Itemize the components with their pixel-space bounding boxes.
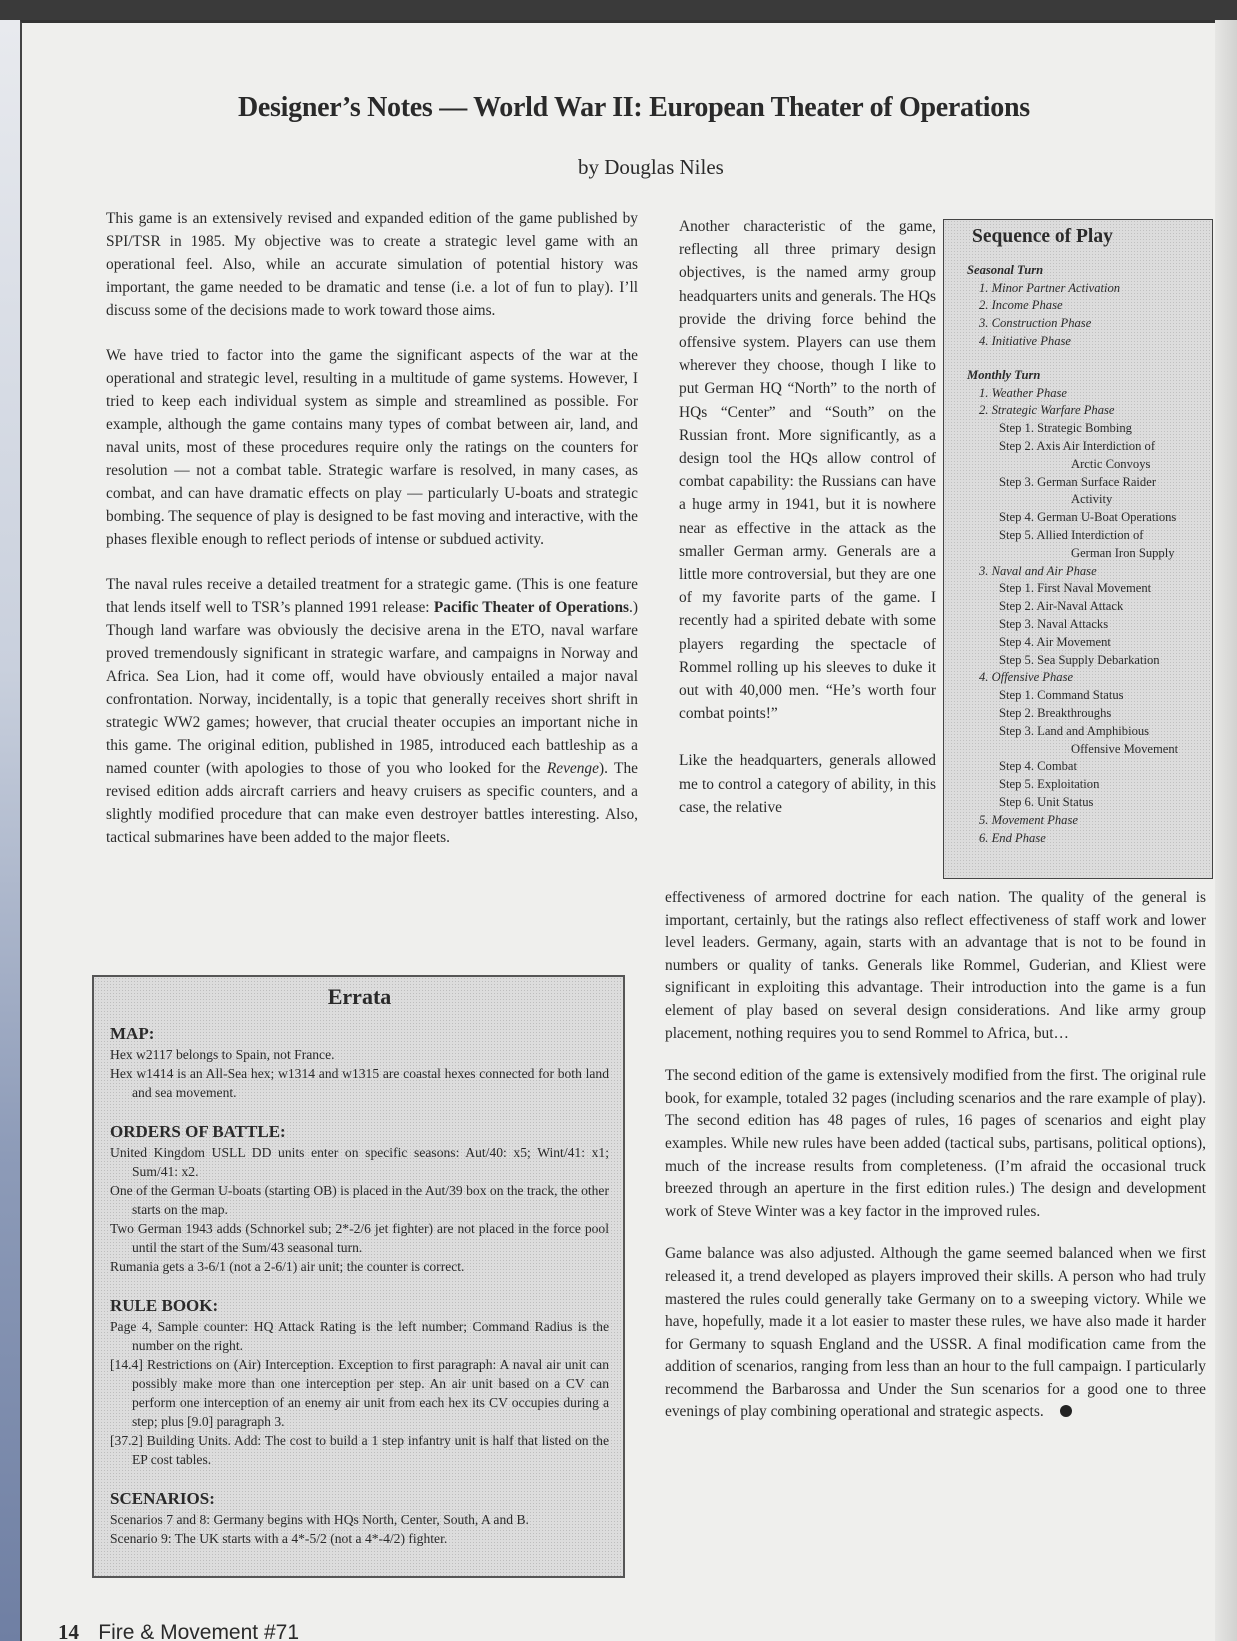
errata-heading: SCENARIOS: [110,1489,609,1508]
paragraph: Another characteristic of the game, refl… [679,215,936,725]
errata-heading: ORDERS OF BATTLE: [110,1122,609,1141]
paragraph: The naval rules receive a detailed treat… [106,573,638,849]
errata-item: Rumania gets a 3-6/1 (not a 2-6/1) air u… [110,1257,609,1276]
turn-label: Seasonal Turn [967,262,1212,280]
step-text: Step 6. Unit Status [999,795,1093,809]
left-column: This game is an extensively revised and … [106,207,638,871]
step-text: Step 3. Land and Amphibious [999,724,1149,738]
monthly-turn: Monthly Turn 1. Weather Phase 2. Strateg… [967,367,1212,848]
phase: 4. Offensive Phase [967,669,1212,687]
paragraph: effectiveness of armored doctrine for ea… [665,887,1206,1045]
step-text: Step 4. Combat [999,759,1077,773]
step-text: Step 3. German Surface Raider [999,475,1156,489]
step-text: Step 4. German U-Boat Operations [999,510,1176,524]
paragraph: The second edition of the game is extens… [665,1065,1206,1223]
page-number: 14 [58,1620,79,1641]
phase: 1. Weather Phase [967,385,1212,403]
errata-title: Errata [110,987,609,1006]
text: .) Though land warfare was obviously the… [106,599,638,777]
errata-item: Hex w1414 is an All-Sea hex; w1314 and w… [110,1064,609,1102]
step: Step 2. Axis Air Interdiction ofArctic C… [967,438,1212,474]
step: Step 2. Air-Naval Attack [967,598,1212,616]
paragraph: Like the headquarters, generals allowed … [679,749,936,819]
paragraph: Game balance was also adjusted. Although… [665,1243,1206,1424]
errata-item: [14.4] Restrictions on (Air) Interceptio… [110,1355,609,1431]
step-text-cont: German Iron Supply [999,545,1212,563]
phase: 3. Construction Phase [967,315,1212,333]
step: Step 5. Exploitation [967,776,1212,794]
step-text: Step 2. Axis Air Interdiction of [999,439,1155,453]
step: Step 2. Breakthroughs [967,705,1212,723]
magazine-name: Fire & Movement #71 [98,1621,299,1641]
article-title: Designer’s Notes — World War II: Europea… [238,92,1098,124]
step-text: Step 3. Naval Attacks [999,617,1108,631]
errata-section-map: MAP: Hex w2117 belongs to Spain, not Fra… [110,1024,609,1102]
errata-item: Scenarios 7 and 8: Germany begins with H… [110,1510,609,1529]
paragraph: This game is an extensively revised and … [106,207,638,322]
step: Step 4. Combat [967,758,1212,776]
step: Step 1. Command Status [967,687,1212,705]
errata-item: One of the German U-boats (starting OB) … [110,1181,609,1219]
sequence-of-play-box: Sequence of Play Seasonal Turn 1. Minor … [943,219,1213,879]
phase: 2. Income Phase [967,297,1212,315]
errata-section-orders-of-battle: ORDERS OF BATTLE: United Kingdom USLL DD… [110,1122,609,1276]
step-text: Step 1. First Naval Movement [999,581,1151,595]
page-footer: 14 Fire & Movement #71 [58,1620,299,1641]
middle-column: Another characteristic of the game, refl… [679,215,936,819]
errata-heading: RULE BOOK: [110,1296,609,1315]
step-text: Step 1. Strategic Bombing [999,421,1132,435]
step: Step 6. Unit Status [967,794,1212,812]
phase: 5. Movement Phase [967,812,1212,830]
errata-heading: MAP: [110,1024,609,1043]
step-text: Step 5. Sea Supply Debarkation [999,653,1160,667]
step-text: Step 1. Command Status [999,688,1124,702]
turn-label: Monthly Turn [967,367,1212,385]
step: Step 3. Land and AmphibiousOffensive Mov… [967,723,1212,759]
page-edge-left [0,20,20,1641]
phase: 1. Minor Partner Activation [967,280,1212,298]
game-title-pacific: Pacific Theater of Operations [434,599,629,616]
step: Step 1. First Naval Movement [967,580,1212,598]
step-text-cont: Activity [999,491,1212,509]
step: Step 3. Naval Attacks [967,616,1212,634]
text: Game balance was also adjusted. Although… [665,1245,1206,1420]
step: Step 4. Air Movement [967,634,1212,652]
phase: 4. Initiative Phase [967,333,1212,351]
errata-section-rule-book: RULE BOOK: Page 4, Sample counter: HQ At… [110,1296,609,1469]
paragraph: We have tried to factor into the game th… [106,344,638,551]
errata-item: Hex w2117 belongs to Spain, not France. [110,1045,609,1064]
errata-item: Two German 1943 adds (Schnorkel sub; 2*-… [110,1219,609,1257]
step-text-cont: Offensive Movement [999,741,1212,759]
errata-box: Errata MAP: Hex w2117 belongs to Spain, … [92,975,625,1578]
right-column: effectiveness of armored doctrine for ea… [665,887,1206,1444]
step-text: Step 5. Exploitation [999,777,1099,791]
step-text: Step 5. Allied Interdiction of [999,528,1143,542]
step: Step 5. Sea Supply Debarkation [967,652,1212,670]
step: Step 5. Allied Interdiction ofGerman Iro… [967,527,1212,563]
step-text: Step 2. Breakthroughs [999,706,1111,720]
end-of-article-bullet-icon [1060,1405,1072,1417]
seasonal-turn: Seasonal Turn 1. Minor Partner Activatio… [967,262,1212,351]
phase: 3. Naval and Air Phase [967,563,1212,581]
ship-name-revenge: Revenge [547,760,599,777]
article-byline: by Douglas Niles [578,155,724,180]
step: Step 1. Strategic Bombing [967,420,1212,438]
step-text-cont: Arctic Convoys [999,456,1212,474]
errata-item: United Kingdom USLL DD units enter on sp… [110,1143,609,1181]
errata-item: [37.2] Building Units. Add: The cost to … [110,1431,609,1469]
step: Step 4. German U-Boat Operations [967,509,1212,527]
phase: 2. Strategic Warfare Phase [967,402,1212,420]
phase: 6. End Phase [967,830,1212,848]
errata-item: Page 4, Sample counter: HQ Attack Rating… [110,1317,609,1355]
errata-section-scenarios: SCENARIOS: Scenarios 7 and 8: Germany be… [110,1489,609,1548]
step-text: Step 2. Air-Naval Attack [999,599,1123,613]
step: Step 3. German Surface RaiderActivity [967,474,1212,510]
sequence-title: Sequence of Play [972,228,1212,246]
page-edge-right [1215,20,1237,1641]
errata-item: Scenario 9: The UK starts with a 4*-5/2 … [110,1529,609,1548]
step-text: Step 4. Air Movement [999,635,1111,649]
